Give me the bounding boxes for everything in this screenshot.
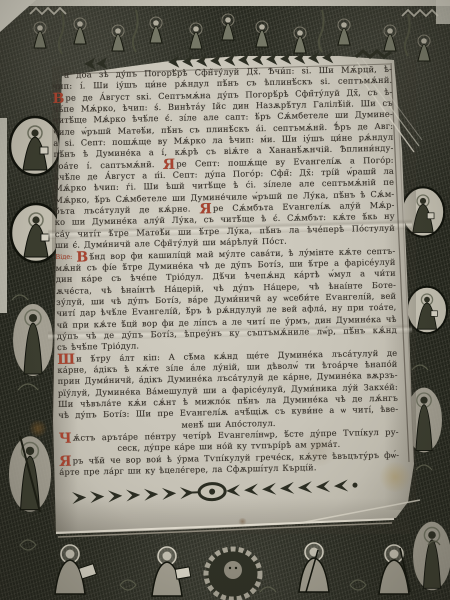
photo-paper-edge-top	[0, 0, 450, 6]
photo-paper-edge-left	[0, 118, 7, 313]
photo-container: а доа зѣ ду́пъ Погорѣ́рѣ Сфн̃ту́луй Дх̃.…	[0, 0, 450, 600]
rubric-text: Ч	[59, 431, 73, 447]
rubric-text: Віде:	[55, 252, 76, 260]
body-text: менѣ́ ши Апо́столул.	[181, 418, 275, 430]
photo-paper-corner-top-right	[436, 0, 450, 24]
body-text: съ ѣчѣ́пе Тріо́дул.	[57, 341, 139, 353]
body-text: тоа́те і́. саптъмѫ́нй.	[54, 159, 163, 171]
text-block: а доа зѣ ду́пъ Погорѣ́рѣ Сфн̃ту́луй Дх̃.…	[52, 64, 399, 479]
